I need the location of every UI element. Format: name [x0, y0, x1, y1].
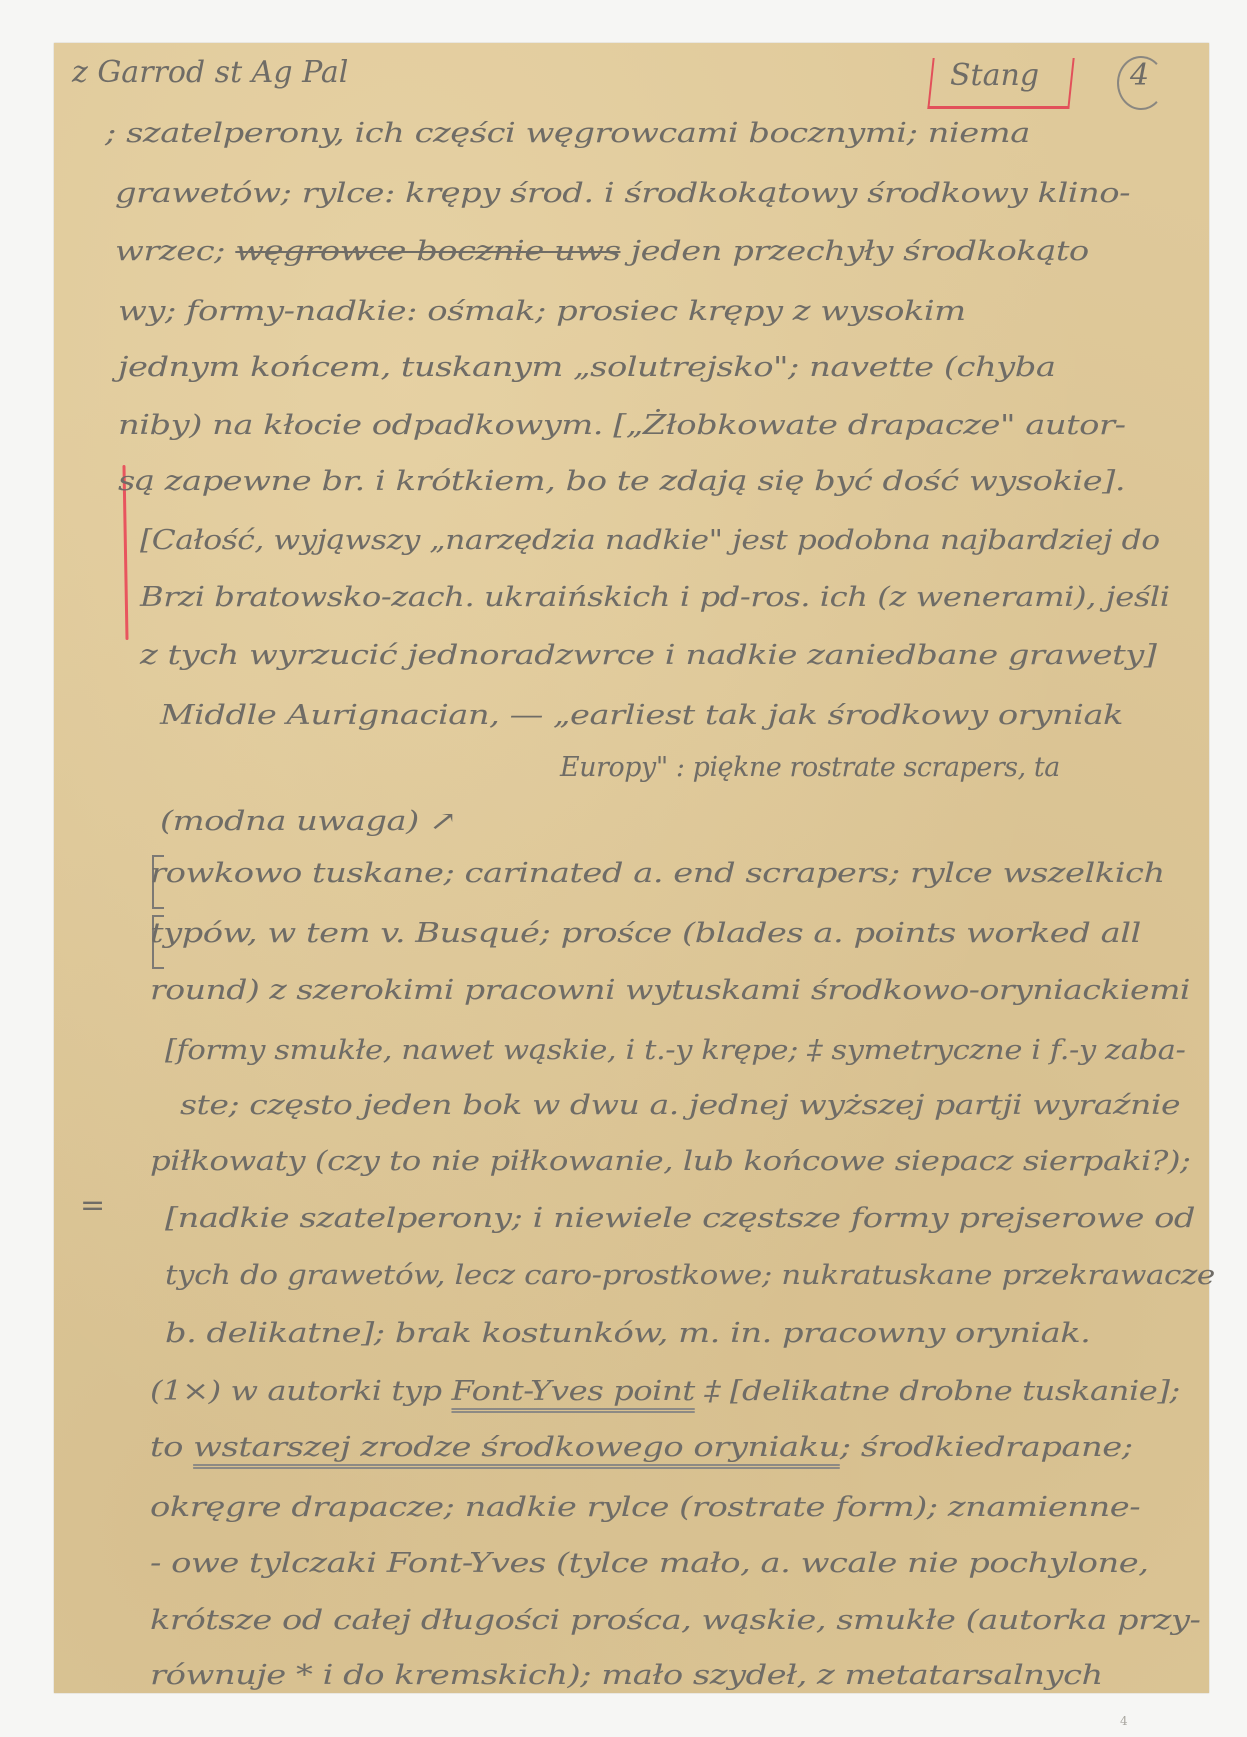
line-text: z tych wyrzucić jednoradzwrce i nadkie z… [140, 640, 1156, 671]
line-text: Europy" : piękne rostrate scrapers, ta [560, 752, 1060, 783]
line-text: (modna uwaga) ↗ [160, 806, 457, 837]
line-text: - owe tylczaki Font-Yves (tylce mało, a.… [150, 1548, 1148, 1579]
header-reference: z Garrod st Ag Pal [72, 55, 348, 90]
manuscript-line: Europy" : piękne rostrate scrapers, ta [560, 752, 1060, 783]
manuscript-line: grawetów; rylce: krępy środ. i środkokąt… [115, 178, 1130, 209]
manuscript-line: to wstarszej zrodze środkowego oryniaku;… [150, 1432, 1133, 1463]
struck-text: węgrowce bocznie uws [235, 236, 620, 267]
manuscript-line: [formy smukłe, nawet wąskie, i t.-y kręp… [165, 1035, 1185, 1066]
line-text: [formy smukłe, nawet wąskie, i t.-y kręp… [165, 1035, 1185, 1066]
manuscript-line: b. delikatne]; brak kostunków, m. in. pr… [165, 1318, 1090, 1349]
line-text: niby) na kłocie odpadkowym. [„Żłobkowate… [118, 410, 1126, 441]
margin-equals-mark: = [80, 1188, 105, 1223]
page-number: 4 [1130, 58, 1149, 93]
line-text: [nadkie szatelperony; i niewiele częstsz… [165, 1203, 1195, 1234]
underlined-heading: Font-Yves point [451, 1376, 694, 1407]
manuscript-line: krótsze od całej długości prośca, wąskie… [150, 1605, 1200, 1636]
manuscript-line: jednym końcem, tuskanym „solutrejsko"; n… [118, 352, 1055, 383]
manuscript-line: piłkowaty (czy to nie piłkowanie, lub ko… [150, 1146, 1191, 1177]
line-text: wrzec; [115, 236, 235, 267]
line-text: jeden przechyły środkokąto [620, 236, 1088, 267]
line-text: ste; często jeden bok w dwu a. jednej wy… [180, 1090, 1180, 1121]
manuscript-line: rowkowo tuskane; carinated a. end scrape… [150, 858, 1165, 889]
manuscript-line: wrzec; węgrowce bocznie uws jeden przech… [115, 236, 1089, 267]
manuscript-line: (1×) w autorki typ Font-Yves point ‡ [de… [150, 1376, 1180, 1407]
manuscript-line: okręgre drapacze; nadkie rylce (rostrate… [150, 1492, 1140, 1523]
header-reference-text: z Garrod st Ag Pal [72, 55, 348, 90]
manuscript-line: ; szatelperony, ich części węgrowcami bo… [105, 118, 1030, 149]
manuscript-line: round) z szerokimi pracowni wytuskami śr… [150, 975, 1190, 1006]
manuscript-line: tych do grawetów, lecz caro-prostkowe; n… [165, 1260, 1215, 1291]
manuscript-line: typów, w tem v. Busqué; prośce (blades a… [150, 918, 1141, 949]
underlined-heading: wstarszej zrodze środkowego oryniaku [193, 1432, 840, 1463]
corner-pencil-mark: 4 [1120, 1714, 1128, 1728]
line-text: to [150, 1432, 193, 1463]
line-text: równuje * i do kremskich); mało szydeł, … [150, 1660, 1103, 1691]
line-text: krótsze od całej długości prośca, wąskie… [150, 1605, 1200, 1636]
line-text: typów, w tem v. Busqué; prośce (blades a… [150, 918, 1141, 949]
manuscript-line: [Całość, wyjąwszy „narzędzia nadkie" jes… [140, 525, 1160, 556]
line-text: b. delikatne]; brak kostunków, m. in. pr… [165, 1318, 1090, 1349]
line-text: Brzi bratowsko-zach. ukraińskich i pd-ro… [140, 582, 1170, 613]
line-text: (1×) w autorki typ [150, 1376, 451, 1407]
manuscript-line: są zapewne br. i krótkiem, bo te zdają s… [118, 466, 1125, 497]
line-text: są zapewne br. i krótkiem, bo te zdają s… [118, 466, 1125, 497]
line-text: jednym końcem, tuskanym „solutrejsko"; n… [118, 352, 1055, 383]
line-text: ; szatelperony, ich części węgrowcami bo… [105, 118, 1030, 149]
line-text: ‡ [delikatne drobne tuskanie]; [695, 1376, 1180, 1407]
line-text: grawetów; rylce: krępy środ. i środkokąt… [115, 178, 1130, 209]
manuscript-line: równuje * i do kremskich); mało szydeł, … [150, 1660, 1103, 1691]
line-text: okręgre drapacze; nadkie rylce (rostrate… [150, 1492, 1140, 1523]
line-text: ; środkiedrapane; [840, 1432, 1133, 1463]
manuscript-line: - owe tylczaki Font-Yves (tylce mało, a.… [150, 1548, 1148, 1579]
line-text: tych do grawetów, lecz caro-prostkowe; n… [165, 1260, 1215, 1291]
manuscript-line: Middle Aurignacian, — „earliest tak jak … [160, 700, 1123, 731]
manuscript-line: z tych wyrzucić jednoradzwrce i nadkie z… [140, 640, 1156, 671]
boxed-author-label: Stang [950, 58, 1039, 93]
line-text: wy; formy-nadkie: ośmak; prosiec krępy z… [118, 296, 966, 327]
line-text: rowkowo tuskane; carinated a. end scrape… [150, 858, 1165, 889]
line-text: Middle Aurignacian, — „earliest tak jak … [160, 700, 1123, 731]
manuscript-line: (modna uwaga) ↗ [160, 806, 457, 837]
manuscript-line: Brzi bratowsko-zach. ukraińskich i pd-ro… [140, 582, 1170, 613]
manuscript-line: [nadkie szatelperony; i niewiele częstsz… [165, 1203, 1195, 1234]
manuscript-line: wy; formy-nadkie: ośmak; prosiec krępy z… [118, 296, 966, 327]
line-text: round) z szerokimi pracowni wytuskami śr… [150, 975, 1190, 1006]
line-text: [Całość, wyjąwszy „narzędzia nadkie" jes… [140, 525, 1160, 556]
manuscript-line: niby) na kłocie odpadkowym. [„Żłobkowate… [118, 410, 1126, 441]
line-text: piłkowaty (czy to nie piłkowanie, lub ko… [150, 1146, 1191, 1177]
manuscript-line: ste; często jeden bok w dwu a. jednej wy… [180, 1090, 1180, 1121]
